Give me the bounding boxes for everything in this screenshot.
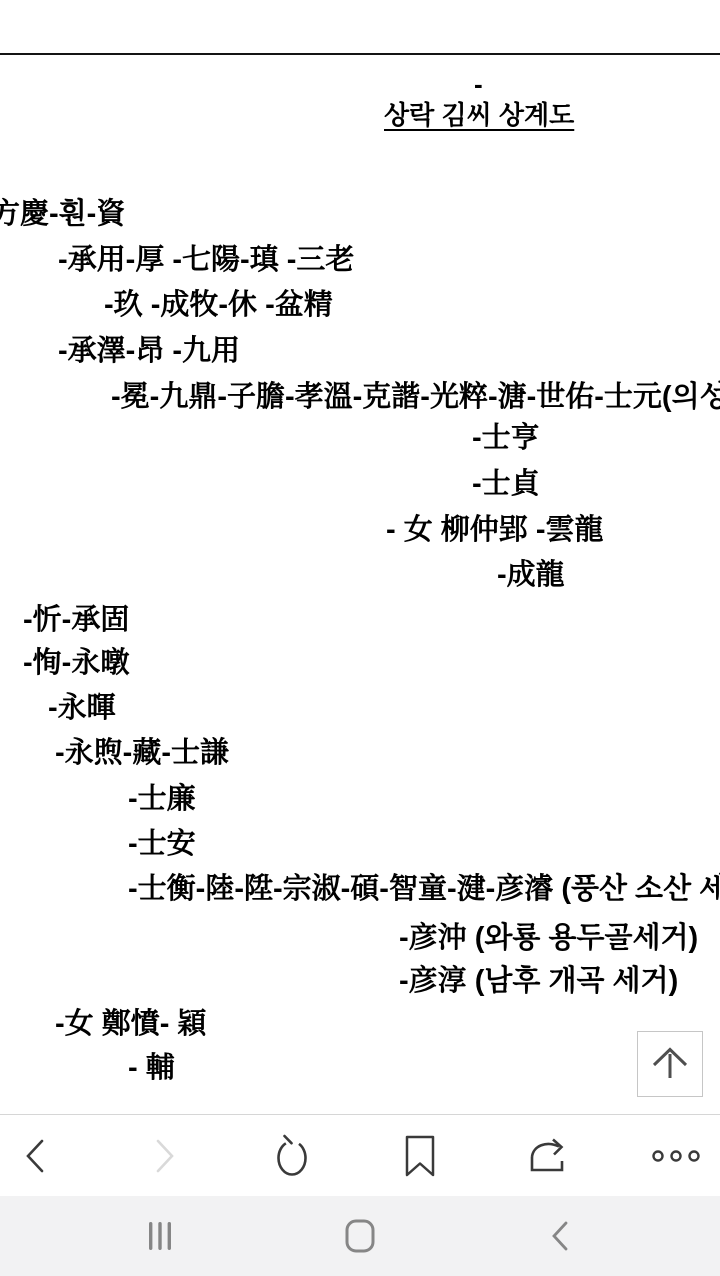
more-icon [650, 1134, 702, 1178]
genealogy-line: -成龍 [497, 555, 565, 595]
bookmark-button[interactable] [380, 1115, 460, 1197]
recents-button[interactable] [115, 1196, 205, 1276]
genealogy-line: -彦淳 (남후 개곡 세거) [399, 961, 678, 1001]
genealogy-line: -彦沖 (와룡 용두골세거) [399, 918, 698, 958]
browser-screen: - 상락 김씨 상계도 方慶-훤-資-承用-厚 -七陽-瑱 -三老-玖 -成牧-… [0, 0, 720, 1276]
share-button[interactable] [508, 1115, 588, 1197]
genealogy-line: - 女 柳仲郢 -雲龍 [386, 510, 604, 550]
genealogy-line: -冕-九鼎-子膽-孝溫-克諧-光粹-溏-世佑-士元(의성사촌 [111, 377, 720, 417]
genealogy-line: -玖 -成牧-休 -盆精 [104, 285, 333, 325]
home-icon [345, 1219, 375, 1253]
genealogy-line: -士貞 [472, 464, 540, 504]
genealogy-line: 方慶-훤-資 [0, 194, 125, 234]
page-top-divider [0, 53, 720, 55]
page-title: 상락 김씨 상계도 [384, 96, 574, 134]
genealogy-line: -忻-承固 [23, 600, 129, 640]
genealogy-line: -士亨 [472, 418, 540, 458]
scroll-to-top-button[interactable] [637, 1031, 703, 1097]
recents-icon [148, 1220, 172, 1252]
genealogy-line: -承用-厚 -七陽-瑱 -三老 [58, 240, 354, 280]
share-icon [526, 1134, 570, 1178]
refresh-icon [272, 1133, 312, 1179]
up-arrow-icon [649, 1044, 691, 1084]
genealogy-line: -恂-永暾 [23, 643, 129, 683]
refresh-button[interactable] [252, 1115, 332, 1197]
forward-button[interactable] [124, 1115, 204, 1197]
genealogy-line: -永煦-藏-士謙 [55, 733, 229, 773]
system-navbar [0, 1196, 720, 1276]
genealogy-line: -女 鄭憤- 穎 [55, 1004, 206, 1044]
genealogy-line: -士安 [128, 824, 196, 864]
back-icon [19, 1134, 53, 1178]
genealogy-line: -士衡-陸-陞-宗淑-碩-智童-湕-彦濬 (풍산 소산 세거) [128, 869, 720, 909]
home-button[interactable] [315, 1196, 405, 1276]
browser-toolbar [0, 1114, 720, 1197]
genealogy-line: -永暉 [48, 688, 116, 728]
genealogy-line: - 輔 [128, 1048, 175, 1088]
bookmark-icon [404, 1134, 436, 1178]
nav-back-button[interactable] [515, 1196, 605, 1276]
back-button[interactable] [0, 1115, 76, 1197]
nav-back-icon [549, 1220, 571, 1252]
forward-icon [147, 1134, 181, 1178]
genealogy-line: -士廉 [128, 779, 196, 819]
genealogy-line: -承澤-昂 -九用 [58, 331, 240, 371]
more-button[interactable] [636, 1115, 716, 1197]
